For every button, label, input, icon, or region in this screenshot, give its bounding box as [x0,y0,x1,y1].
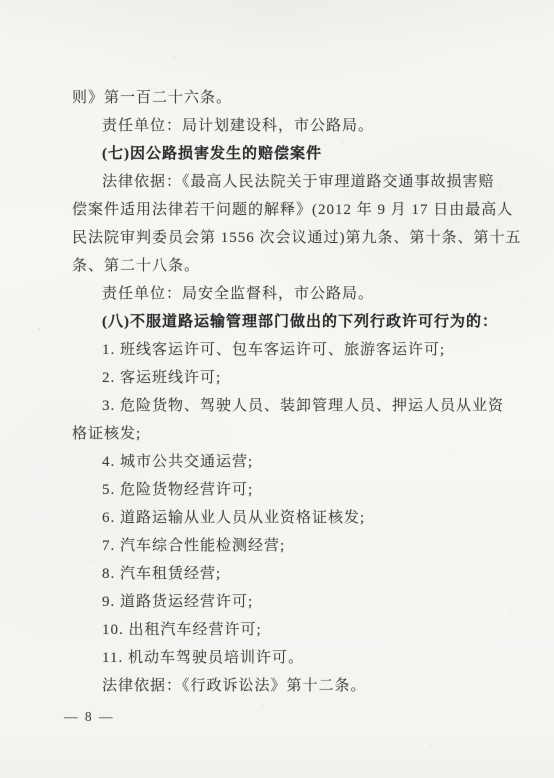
text-line: 责任单位：局安全监督科，市公路局。 [72,280,496,308]
scan-noise [0,0,2,2]
scanned-document-page: 则》第一百二十六条。责任单位：局计划建设科，市公路局。(七)因公路损害发生的赔偿… [0,0,554,778]
text-line: 6. 道路运输从业人员从业资格证核发; [72,504,496,532]
text-line: 4. 城市公共交通运营; [72,448,496,476]
text-line: 9. 道路货运经营许可; [72,588,496,616]
text-line: 则》第一百二十六条。 [72,84,496,112]
text-line: 法律依据：《行政诉讼法》第十二条。 [72,672,496,700]
text-line: 格证核发; [72,420,496,448]
text-line: 2. 客运班线许可; [72,364,496,392]
text-line: 偿案件适用法律若干问题的解释》(2012 年 9 月 17 日由最高人 [72,196,496,224]
page-number: — 8 — [64,709,115,725]
text-line: 民法院审判委员会第 1556 次会议通过)第九条、第十条、第十五 [72,224,496,252]
text-line: 5. 危险货物经营许可; [72,476,496,504]
text-line: 11. 机动车驾驶员培训许可。 [72,644,496,672]
text-line: (八)不服道路运输管理部门做出的下列行政许可行为的： [72,308,496,336]
text-line: (七)因公路损害发生的赔偿案件 [72,140,496,168]
text-line: 8. 汽车租赁经营; [72,560,496,588]
text-line: 法律依据：《最高人民法院关于审理道路交通事故损害赔 [72,168,496,196]
text-line: 7. 汽车综合性能检测经营; [72,532,496,560]
text-line: 3. 危险货物、驾驶人员、装卸管理人员、押运人员从业资 [72,392,496,420]
text-line: 10. 出租汽车经营许可; [72,616,496,644]
text-line: 条、第二十八条。 [72,252,496,280]
text-line: 1. 班线客运许可、包车客运许可、旅游客运许可; [72,336,496,364]
text-line: 责任单位：局计划建设科，市公路局。 [72,112,496,140]
document-body: 则》第一百二十六条。责任单位：局计划建设科，市公路局。(七)因公路损害发生的赔偿… [72,84,496,700]
